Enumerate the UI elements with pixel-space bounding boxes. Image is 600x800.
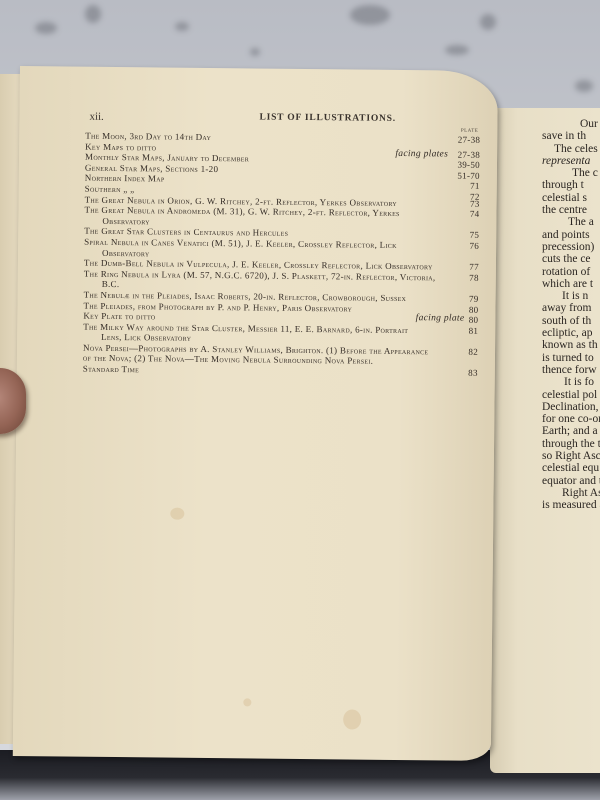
page-header: xii. LIST OF ILLUSTRATIONS. (89, 111, 457, 129)
entry-page: 80 (469, 315, 479, 326)
entry-page: 80 (469, 304, 479, 315)
text-line: Our (542, 118, 600, 130)
text-line: through t (542, 179, 600, 191)
text-line: rotation of (542, 266, 600, 278)
illustrations-list: PLATE The Moon, 3rd Day to 14th Day 27-3… (83, 131, 481, 379)
text-line: The a (542, 216, 600, 228)
text-line: which are t (542, 278, 600, 290)
page-number: xii. (89, 111, 103, 123)
entry-page: 81 (469, 325, 479, 336)
entry-title: Nova Persei—Photographs by A. Stanley Wi… (83, 343, 429, 367)
text-line: celestial equ (542, 462, 600, 474)
text-line: Declination, (542, 401, 600, 413)
text-line: representa (542, 155, 600, 167)
entry-title: Southern „ „ (85, 184, 135, 195)
entry-page: 79 (469, 294, 479, 305)
plate-column-label: PLATE (461, 129, 479, 134)
entry-title: The Moon, 3rd Day to 14th Day (85, 131, 211, 142)
text-line: celestial pol (542, 389, 600, 401)
text-line: Earth; and a (542, 425, 600, 437)
entry-page: 78 (469, 272, 479, 283)
entry-page: 27-38 (458, 135, 481, 146)
text-line: for one co-or (542, 413, 600, 425)
text-line: so Right Asc (542, 450, 600, 462)
entry-title: Key Plate to ditto (83, 311, 155, 322)
text-line: It is fo (542, 376, 600, 388)
right-page: Our save in th The celes representa The … (490, 108, 600, 773)
text-line: ecliptic, ap (542, 327, 600, 339)
text-line: and points (542, 229, 600, 241)
text-line: It is n (542, 290, 600, 302)
left-page: xii. LIST OF ILLUSTRATIONS. PLATE The Mo… (13, 66, 498, 761)
entry-title: Standard Time (83, 364, 139, 375)
entry-page: 74 (470, 209, 480, 220)
text-line: Right Asc (542, 487, 600, 499)
entry-page: 73 (470, 198, 480, 209)
text-line: thence forw (542, 364, 600, 376)
text-line: away from (542, 302, 600, 314)
text-line: south of th (542, 315, 600, 327)
text-line: is turned to (542, 352, 600, 364)
entry-title: Key Maps to ditto (85, 141, 156, 152)
entry-title: General Star Maps, Sections 1-20 (85, 162, 218, 173)
right-page-text: Our save in th The celes representa The … (542, 118, 600, 512)
text-line: known as th (542, 339, 600, 351)
text-line: The c (542, 167, 600, 179)
text-line: equator and t (542, 475, 600, 487)
entry-page: 82 (468, 347, 478, 358)
text-line: through the t (542, 438, 600, 450)
running-title: LIST OF ILLUSTRATIONS. (259, 113, 396, 124)
entry-page: 75 (470, 230, 480, 241)
entry-note: facing plate (416, 313, 465, 324)
text-line: cuts the ce (542, 253, 600, 265)
text-line: precession) (542, 241, 600, 253)
entry-page: 77 (469, 262, 479, 273)
text-line: save in th (542, 130, 600, 142)
entry-page: 76 (469, 241, 479, 252)
text-line: is measured as (542, 499, 600, 511)
entry-title: Northern Index Map (85, 173, 165, 184)
entry-page: 83 (468, 368, 478, 379)
text-line: the centre (542, 204, 600, 216)
text-line: The celes (542, 143, 600, 155)
text-line: celestial s (542, 192, 600, 204)
